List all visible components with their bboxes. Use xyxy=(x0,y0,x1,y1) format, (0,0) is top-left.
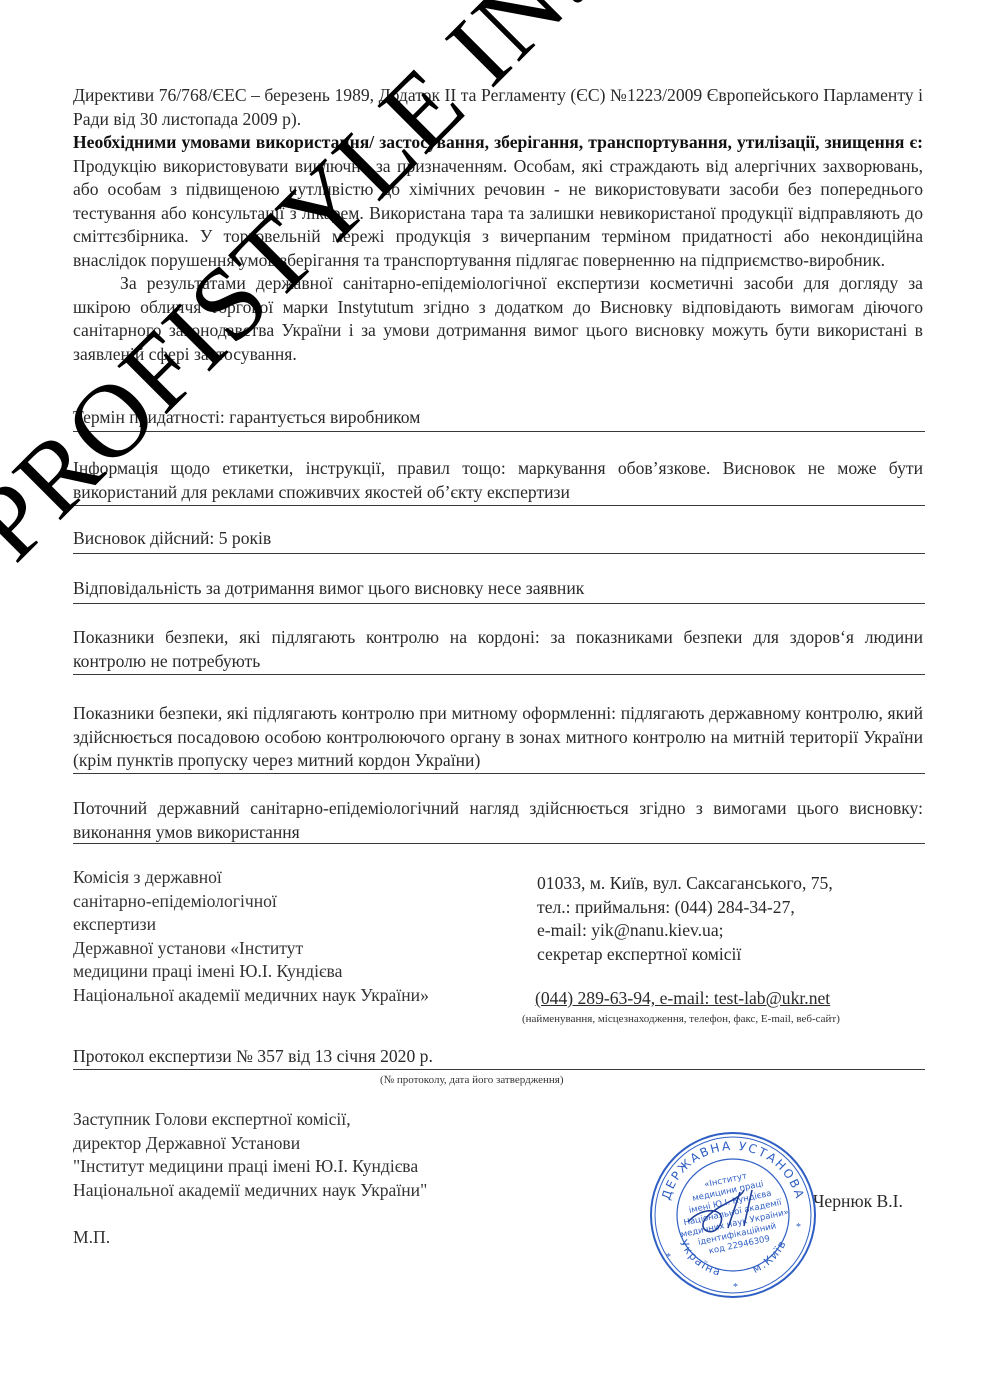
commission-line: експертизи xyxy=(73,913,513,937)
divider xyxy=(73,674,925,675)
commission-line: Національної академії медичних наук Укра… xyxy=(73,984,513,1008)
address-block: 01033, м. Київ, вул. Саксаганського, 75,… xyxy=(537,872,937,966)
commission-block: Комісія з державної санітарно-епідеміоло… xyxy=(73,866,513,1007)
commission-line: медицини праці імені Ю.І. Кундієва xyxy=(73,960,513,984)
signatory-line: Заступник Голови експертної комісії, xyxy=(73,1108,553,1132)
divider xyxy=(73,505,925,506)
signatory-line: Національної академії медичних наук Укра… xyxy=(73,1179,553,1203)
usage-conditions-heading: Необхідними умовами використання/ застос… xyxy=(73,132,923,152)
directive-paragraph: Директиви 76/768/ЄЕС – березень 1989, До… xyxy=(73,84,923,131)
expertise-result-paragraph: За результатами державної санітарно-епід… xyxy=(73,272,923,366)
commission-line: Державної установи «Інститут xyxy=(73,937,513,961)
supervision-field: Поточний державний санітарно-епідеміолог… xyxy=(73,797,923,844)
main-body: Директиви 76/768/ЄЕС – березень 1989, До… xyxy=(73,84,923,366)
border-control-field: Показники безпеки, які підлягають контро… xyxy=(73,626,923,673)
signatory-block: Заступник Голови експертної комісії, дир… xyxy=(73,1108,553,1202)
usage-conditions-paragraph: Необхідними умовами використання/ застос… xyxy=(73,131,923,272)
signatory-line: директор Державної Установи xyxy=(73,1132,553,1156)
divider xyxy=(73,553,925,554)
seal-place: М.П. xyxy=(73,1226,110,1250)
commission-line: санітарно-епідеміологічної xyxy=(73,890,513,914)
signatory-line: "Інститут медицини праці імені Ю.І. Кунд… xyxy=(73,1155,553,1179)
protocol-caption: (№ протоколу, дата його затвердження) xyxy=(380,1074,564,1086)
divider xyxy=(73,843,925,844)
email-line: e-mail: yik@nanu.kiev.ua; xyxy=(537,919,937,943)
lab-contact: (044) 289-63-94, e-mail: test-lab@ukr.ne… xyxy=(535,987,830,1011)
address-line: 01033, м. Київ, вул. Саксаганського, 75, xyxy=(537,872,937,896)
svg-text:*: * xyxy=(796,1222,801,1233)
label-info-field: Інформація щодо етикетки, інструкції, пр… xyxy=(73,457,923,504)
shelf-life-field: Термін придатності: гарантується виробни… xyxy=(73,406,923,430)
svg-text:*: * xyxy=(733,1282,738,1293)
commission-line: Комісія з державної xyxy=(73,866,513,890)
signatory-name: Чернюк В.І. xyxy=(813,1190,903,1214)
contact-caption: (найменування, місцезнаходження, телефон… xyxy=(522,1013,840,1025)
usage-conditions-text: Продукцію використовувати виключно за пр… xyxy=(73,156,923,270)
divider xyxy=(73,773,925,774)
divider xyxy=(73,1069,925,1070)
validity-field: Висновок дійсний: 5 років xyxy=(73,527,923,551)
secretary-line: секретар експертної комісії xyxy=(537,943,937,967)
protocol-text: Протокол експертизи № 357 від 13 січня 2… xyxy=(73,1045,433,1069)
phone-line: тел.: приймальня: (044) 284-34-27, xyxy=(537,896,937,920)
divider xyxy=(73,431,925,432)
svg-text:*: * xyxy=(666,1252,671,1263)
responsibility-field: Відповідальність за дотримання вимог цьо… xyxy=(73,577,923,601)
divider xyxy=(73,603,925,604)
customs-control-field: Показники безпеки, які підлягають контро… xyxy=(73,702,923,773)
official-stamp: ДЕРЖАВНА УСТАНОВА Україна м.Київ * * * «… xyxy=(648,1130,818,1300)
